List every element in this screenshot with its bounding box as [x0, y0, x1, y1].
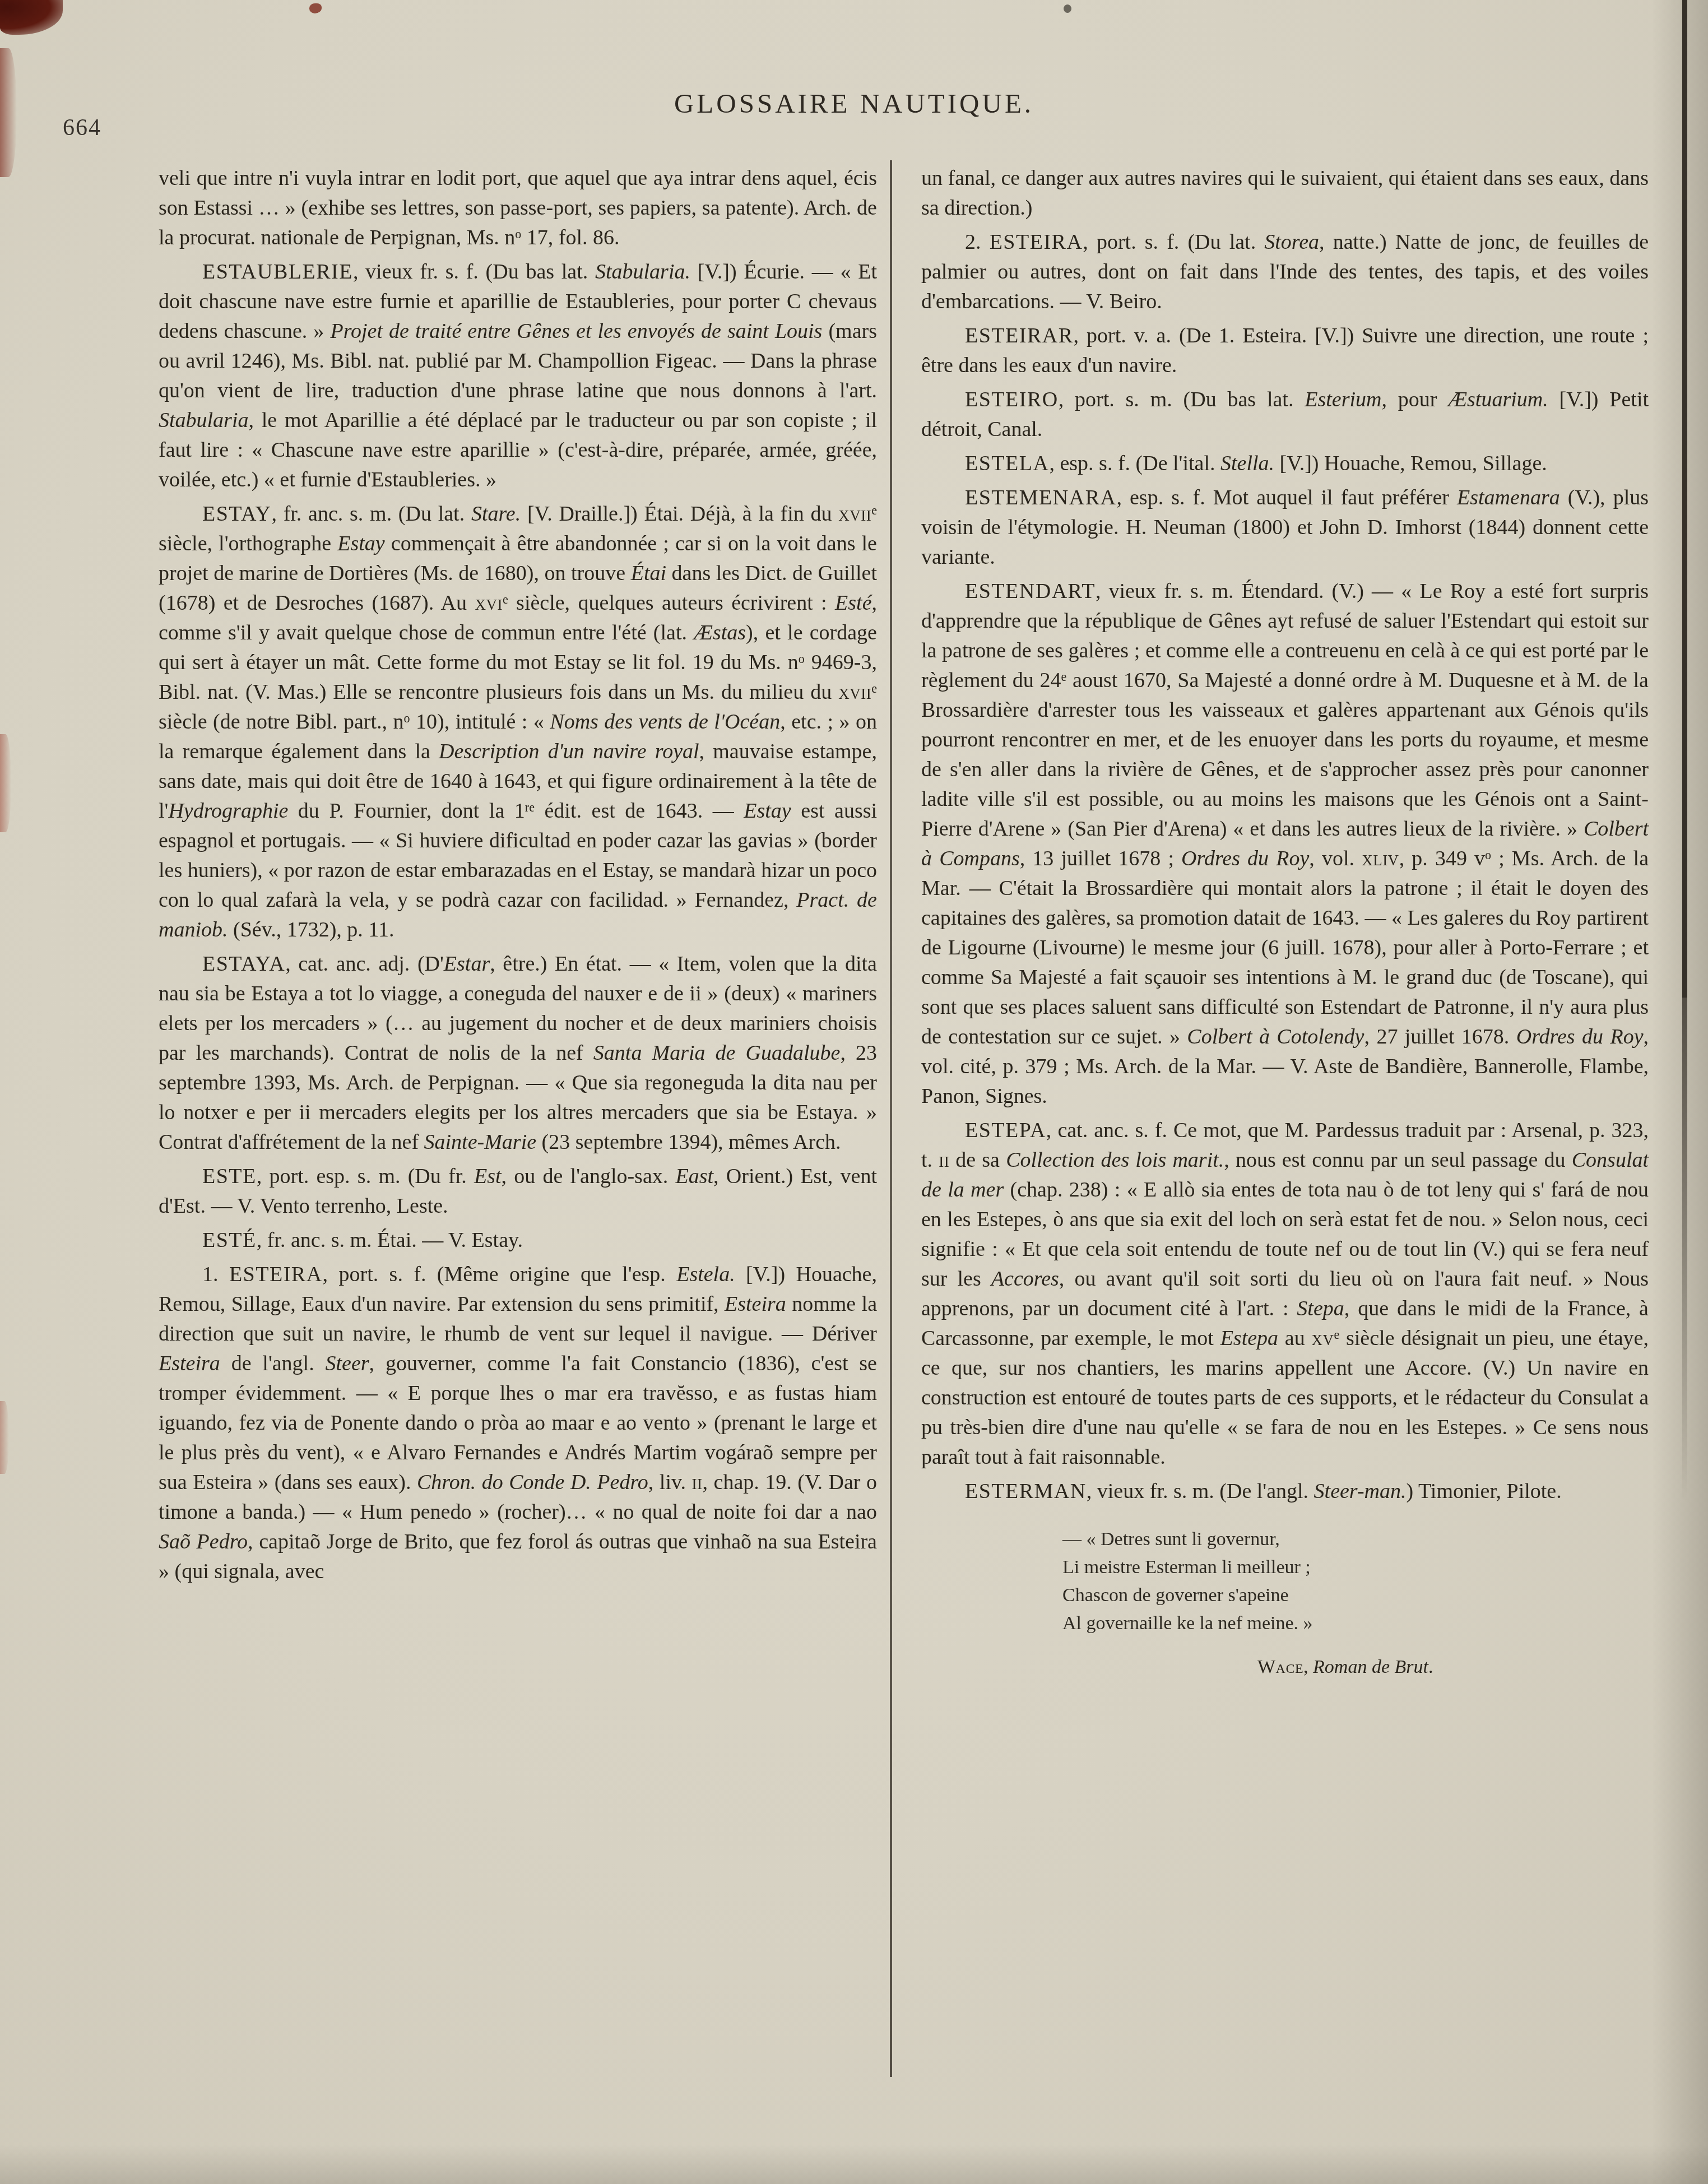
scan-speck	[309, 3, 322, 13]
scan-speck	[1064, 4, 1071, 13]
entry-estaya: ESTAYA, cat. anc. adj. (D'Estar, être.) …	[159, 949, 877, 1157]
scan-stain-left-edge	[0, 734, 11, 832]
entry-estendart: ESTENDART, vieux fr. s. m. Étendard. (V.…	[921, 577, 1649, 1111]
verse-attribution: Wace, Roman de Brut.	[921, 1652, 1649, 1682]
verse-line: Chascon de governer s'apeine	[1062, 1582, 1649, 1610]
entry-estay: ESTAY, fr. anc. s. m. (Du lat. Stare. [V…	[159, 499, 877, 945]
entry-estela: ESTELA, esp. s. f. (De l'ital. Stella. […	[921, 449, 1649, 479]
verse-line: Li meistre Esterman li meilleur ;	[1062, 1554, 1649, 1582]
entry-esteira-2: 2. ESTEIRA, port. s. f. (Du lat. Storea,…	[921, 228, 1649, 317]
continuation-paragraph-fanal: un fanal, ce danger aux autres navires q…	[921, 164, 1649, 223]
entry-estepa: ESTEPA, cat. anc. s. f. Ce mot, que M. P…	[921, 1116, 1649, 1472]
entry-esteirar: ESTEIRAR, port. v. a. (De 1. Esteira. [V…	[921, 321, 1649, 381]
column-divider-rule	[890, 160, 892, 2077]
entry-este: ESTE, port. esp. s. m. (Du fr. Est, ou d…	[159, 1162, 877, 1221]
right-column: un fanal, ce danger aux autres navires q…	[921, 164, 1649, 1682]
left-column: veli que intre n'i vuyla intrar en lodit…	[159, 164, 877, 1587]
page-title: GLOSSAIRE NAUTIQUE.	[0, 87, 1708, 119]
verse-line: — « Detres sunt li governur,	[1062, 1525, 1649, 1554]
scan-shadow-bottom	[0, 2145, 1708, 2184]
entry-esterman: ESTERMAN, vieux fr. s. m. (De l'angl. St…	[921, 1477, 1649, 1506]
scan-stain-top-left	[0, 0, 63, 35]
scan-stain-left-edge	[0, 1401, 9, 1474]
entry-estemenara: ESTEMENARA, esp. s. f. Mot auquel il fau…	[921, 483, 1649, 572]
entry-esteiro: ESTEIRO, port. s. m. (Du bas lat. Esteri…	[921, 385, 1649, 444]
entry-este-accent: ESTÉ, fr. anc. s. m. Étai. — V. Estay.	[159, 1226, 877, 1255]
verse-line: Al governaille ke la nef meine. »	[1062, 1610, 1649, 1638]
scan-shadow-right	[1652, 0, 1708, 2184]
verse-quote: — « Detres sunt li governur, Li meistre …	[1062, 1525, 1649, 1638]
scanned-page: { "page_header": { "page_number": "664",…	[0, 0, 1708, 2184]
entry-esteira-1: 1. ESTEIRA, port. s. f. (Même origine qu…	[159, 1260, 877, 1587]
continuation-paragraph-estassi: veli que intre n'i vuyla intrar en lodit…	[159, 164, 877, 253]
entry-estaublerie: ESTAUBLERIE, vieux fr. s. f. (Du bas lat…	[159, 257, 877, 495]
